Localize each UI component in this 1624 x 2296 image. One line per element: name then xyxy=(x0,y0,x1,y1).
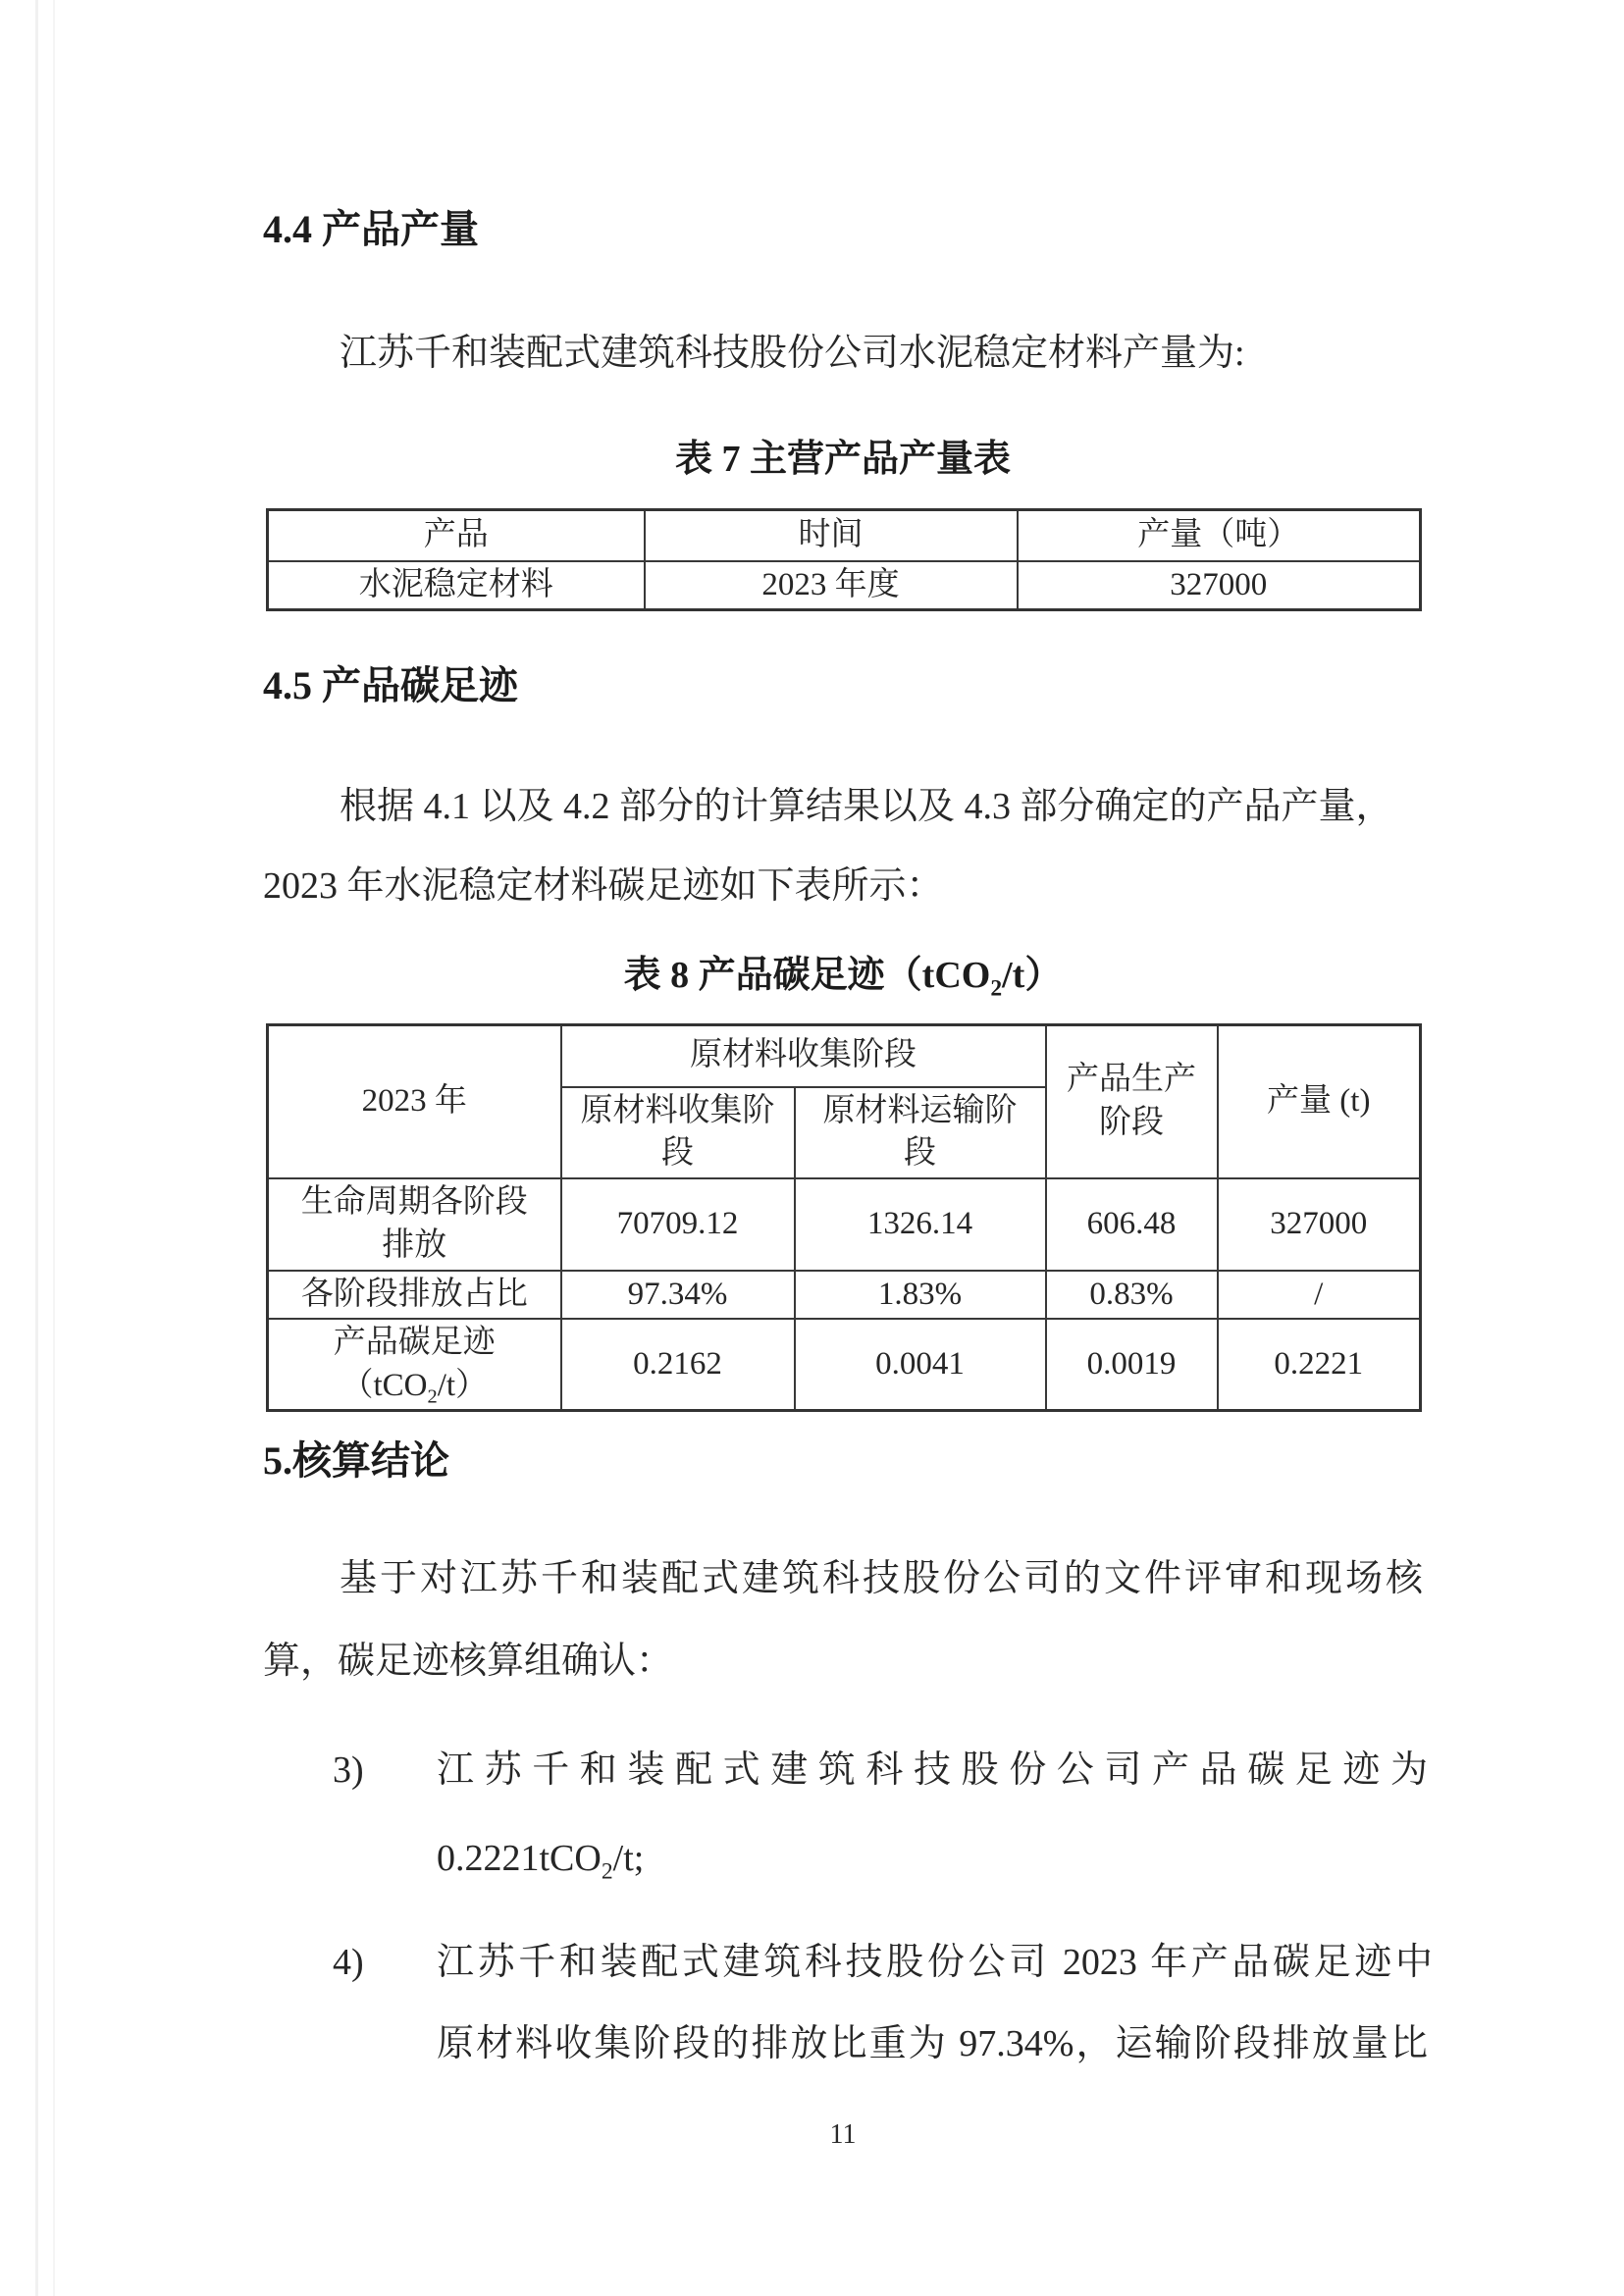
table7-data-row: 水泥稳定材料 2023 年度 327000 xyxy=(268,561,1421,610)
table8-cell: 327000 xyxy=(1218,1178,1421,1271)
section-5-heading: 5.核算结论 xyxy=(263,1437,449,1485)
table7-cell: 2023 年度 xyxy=(645,561,1018,610)
table7-header-cell: 时间 xyxy=(645,510,1018,561)
subscript-2: 2 xyxy=(427,1385,437,1407)
table8-cell: 0.83% xyxy=(1046,1271,1218,1320)
table8-row-share: 各阶段排放占比 97.34% 1.83% 0.83% / xyxy=(268,1271,1421,1320)
table8-cell: 1.83% xyxy=(795,1271,1046,1320)
table7-cell: 327000 xyxy=(1018,561,1421,610)
table8-cell: 70709.12 xyxy=(561,1178,795,1271)
document-page: 4.4 产品产量 江苏千和装配式建筑科技股份公司水泥稳定材料产量为: 表 7 主… xyxy=(0,0,1624,2296)
table8-cell: 97.34% xyxy=(561,1271,795,1320)
list-item-3-line: 0.2221tCO2/t; xyxy=(437,1837,644,1882)
section-4-4-heading: 4.4 产品产量 xyxy=(263,206,479,253)
table8-cell: 0.0041 xyxy=(795,1319,1046,1411)
list-item-4-line: 原材料收集阶段的排放比重为 97.34%，运输阶段排放量比 xyxy=(437,2022,1428,2067)
list-item-marker: 3) xyxy=(333,1748,364,1794)
section-5-paragraph-line: 基于对江苏千和装配式建筑科技股份公司的文件评审和现场核 xyxy=(340,1557,1423,1602)
page-number: 11 xyxy=(263,2119,1423,2151)
table7: 产品 时间 产量（吨） 水泥稳定材料 2023 年度 327000 xyxy=(266,508,1422,611)
section-4-5-heading: 4.5 产品碳足迹 xyxy=(263,662,518,709)
list-item-marker: 4) xyxy=(333,1941,364,1986)
table8-caption-text: 表 8 产品碳足迹（tCO xyxy=(624,955,991,996)
table8-row-label: 各阶段排放占比 xyxy=(268,1271,561,1320)
table7-caption: 表 7 主营产品产量表 xyxy=(263,438,1423,483)
table7-header-row: 产品 时间 产量（吨） xyxy=(268,510,1421,561)
table8-row-emissions: 生命周期各阶段 排放 70709.12 1326.14 606.48 32700… xyxy=(268,1178,1421,1271)
table8-caption: 表 8 产品碳足迹（tCO2/t） xyxy=(263,954,1423,999)
scan-artifact-streak xyxy=(53,0,55,2296)
table8-row-label: 产品碳足迹 （tCO2/t） xyxy=(268,1319,561,1411)
table8-cell: 606.48 xyxy=(1046,1178,1218,1271)
table8-cell: 0.0019 xyxy=(1046,1319,1218,1411)
subscript-2: 2 xyxy=(990,976,1002,1002)
table8-row-label: 生命周期各阶段 排放 xyxy=(268,1178,561,1271)
section-5-paragraph-line: 算，碳足迹核算组确认： xyxy=(263,1640,673,1685)
table8-cell: 0.2162 xyxy=(561,1319,795,1411)
table8-cell: 0.2221 xyxy=(1218,1319,1421,1411)
table8-row-footprint: 产品碳足迹 （tCO2/t） 0.2162 0.0041 0.0019 0.22… xyxy=(268,1319,1421,1411)
section-4-5-paragraph-line: 根据 4.1 以及 4.2 部分的计算结果以及 4.3 部分确定的产品产量， xyxy=(340,785,1393,830)
section-4-4-paragraph: 江苏千和装配式建筑科技股份公司水泥稳定材料产量为: xyxy=(340,332,1245,377)
table8: 2023 年 原材料收集阶段 产品生产 阶段 产量 (t) 原材料收集阶 段 原… xyxy=(266,1023,1422,1412)
table8-cell: 1326.14 xyxy=(795,1178,1046,1271)
table8-header-transport: 原材料运输阶 段 xyxy=(795,1087,1046,1178)
list-item-3-line: 江苏千和装配式建筑科技股份公司产品碳足迹为 xyxy=(437,1748,1428,1794)
table8-header-row-1: 2023 年 原材料收集阶段 产品生产 阶段 产量 (t) xyxy=(268,1025,1421,1087)
section-4-5-paragraph-line: 2023 年水泥稳定材料碳足迹如下表所示： xyxy=(263,864,944,910)
table8-header-group: 原材料收集阶段 xyxy=(561,1025,1046,1087)
list-item-4-line: 江苏千和装配式建筑科技股份公司 2023 年产品碳足迹中 xyxy=(437,1941,1433,1986)
table7-cell: 水泥稳定材料 xyxy=(268,561,645,610)
subscript-2: 2 xyxy=(602,1859,613,1885)
table8-header-output: 产量 (t) xyxy=(1218,1025,1421,1178)
table7-header-cell: 产量（吨） xyxy=(1018,510,1421,561)
scan-artifact-streak xyxy=(35,0,38,2296)
table7-header-cell: 产品 xyxy=(268,510,645,561)
table8-cell: / xyxy=(1218,1271,1421,1320)
table8-header-collection: 原材料收集阶 段 xyxy=(561,1087,795,1178)
table8-caption-text: /t） xyxy=(1002,955,1062,996)
table8-header-production: 产品生产 阶段 xyxy=(1046,1025,1218,1178)
table8-header-year: 2023 年 xyxy=(268,1025,561,1178)
